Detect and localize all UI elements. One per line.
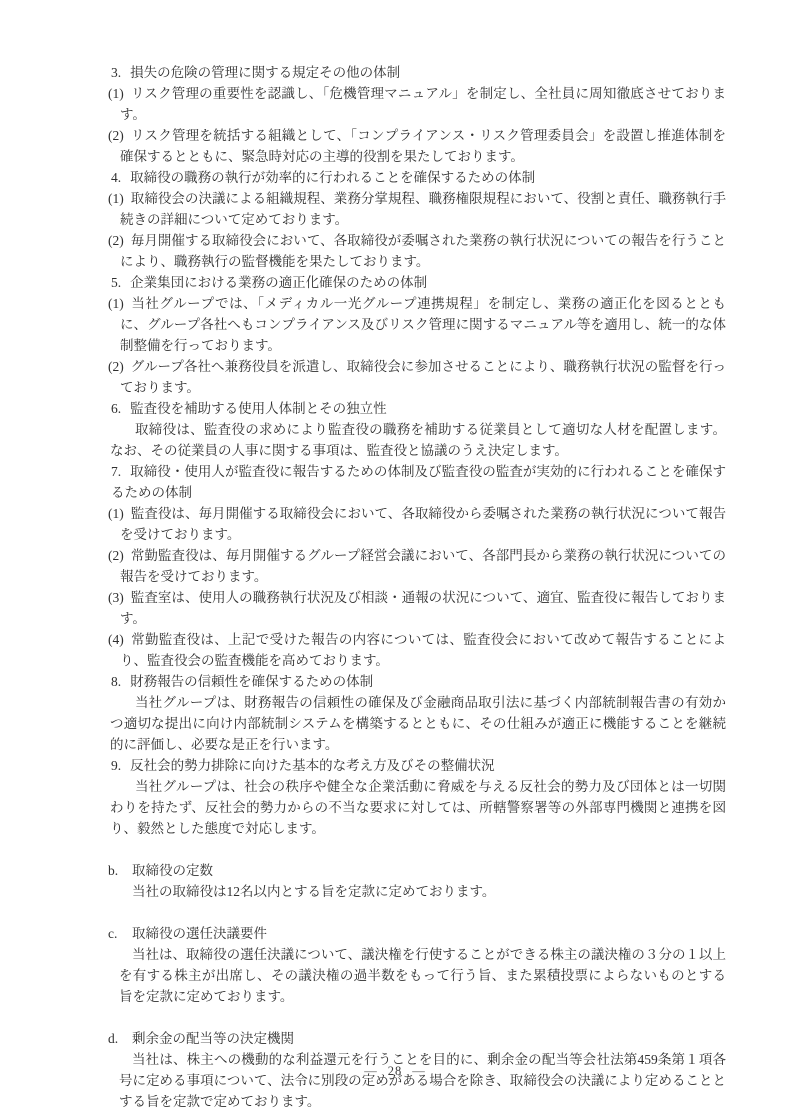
paren-item-label: (1) <box>108 506 124 521</box>
paren-item-label: (3) <box>108 590 124 605</box>
page-number: 28 <box>388 1064 403 1078</box>
paren-item: (1)リスク管理の重要性を認識し、「危機管理マニュアル」を制定し、全社員に周知徹… <box>108 83 726 125</box>
numbered-heading-title: 損失の危険の管理に関する規定その他の体制 <box>130 65 400 80</box>
paren-item-text: 常勤監査役は、毎月開催するグループ経営会議において、各部門長から業務の執行状況に… <box>120 548 726 584</box>
paren-item-label: (1) <box>108 191 124 206</box>
numbered-heading: 4.取締役の職務の執行が効率的に行われることを確保するための体制 <box>108 167 726 188</box>
footer-dash-right: — <box>412 1064 426 1078</box>
numbered-heading-title: 反社会的勢力排除に向けた基本的な考え方及びその整備状況 <box>130 758 495 773</box>
internal-control-sections: 3.損失の危険の管理に関する規定その他の体制(1)リスク管理の重要性を認識し、「… <box>108 62 726 839</box>
paren-item: (4)常勤監査役は、上記で受けた報告の内容については、監査役会において改めて報告… <box>108 629 726 671</box>
paragraph: 取締役は、監査役の求めにより監査役の職務を補助する従業員として適切な人材を配置し… <box>108 419 726 461</box>
paren-item: (2)常勤監査役は、毎月開催するグループ経営会議において、各部門長から業務の執行… <box>108 545 726 587</box>
paren-item: (1)監査役は、毎月開催する取締役会において、各取締役から委嘱された業務の執行状… <box>108 503 726 545</box>
numbered-heading-title: 財務報告の信頼性を確保するための体制 <box>130 674 373 689</box>
paren-item-text: 取締役会の決議による組織規程、業務分掌規程、職務権限規程において、役割と責任、職… <box>120 191 726 227</box>
paren-item-label: (1) <box>108 86 124 101</box>
numbered-heading-label: 6. <box>111 401 121 416</box>
letter-section: c.取締役の選任決議要件当社は、取締役の選任決議について、議決権を行使することが… <box>108 923 726 1007</box>
letter-section-heading: b.取締役の定数 <box>108 860 726 881</box>
numbered-heading: 8.財務報告の信頼性を確保するための体制 <box>108 671 726 692</box>
letter-section-label: b. <box>108 860 132 881</box>
numbered-heading-title: 取締役・使用人が監査役に報告するための体制及び監査役の監査が実効的に行われること… <box>111 464 726 500</box>
paragraph: 当社グループは、財務報告の信頼性の確保及び金融商品取引法に基づく内部統制報告書の… <box>108 692 726 755</box>
numbered-heading: 9.反社会的勢力排除に向けた基本的な考え方及びその整備状況 <box>108 755 726 776</box>
paragraph: 当社は、取締役の選任決議について、議決権を行使することができる株主の議決権の３分… <box>108 944 726 1007</box>
numbered-heading-title: 企業集団における業務の適正化確保のための体制 <box>130 275 427 290</box>
letter-section-heading: c.取締役の選任決議要件 <box>108 923 726 944</box>
numbered-heading-label: 3. <box>111 65 121 80</box>
paren-item-label: (4) <box>108 632 124 647</box>
numbered-heading-label: 5. <box>111 275 121 290</box>
paren-item-text: リスク管理の重要性を認識し、「危機管理マニュアル」を制定し、全社員に周知徹底させ… <box>120 86 726 122</box>
paren-item: (1)取締役会の決議による組織規程、業務分掌規程、職務権限規程において、役割と責… <box>108 188 726 230</box>
letter-section-heading: d.剰余金の配当等の決定機関 <box>108 1028 726 1049</box>
paren-item: (2)リスク管理を統括する組織として、「コンプライアンス・リスク管理委員会」を設… <box>108 125 726 167</box>
numbered-heading-label: 7. <box>111 464 121 479</box>
paren-item-text: 毎月開催する取締役会において、各取締役が委嘱された業務の執行状況についての報告を… <box>120 233 726 269</box>
numbered-heading: 3.損失の危険の管理に関する規定その他の体制 <box>108 62 726 83</box>
paren-item-label: (2) <box>108 128 124 143</box>
paren-item: (2)毎月開催する取締役会において、各取締役が委嘱された業務の執行状況についての… <box>108 230 726 272</box>
paren-item: (1)当社グループでは、「メディカル一光グループ連携規程」を制定し、業務の適正化… <box>108 293 726 356</box>
letter-section-title: 取締役の定数 <box>132 863 213 878</box>
paren-item: (3)監査室は、使用人の職務執行状況及び相談・通報の状況について、適宜、監査役に… <box>108 587 726 629</box>
letter-section-title: 剰余金の配当等の決定機関 <box>132 1031 294 1046</box>
paren-item: (2)グループ各社へ兼務役員を派遣し、取締役会に参加させることにより、職務執行状… <box>108 356 726 398</box>
paren-item-text: 当社グループでは、「メディカル一光グループ連携規程」を制定し、業務の適正化を図る… <box>120 296 726 353</box>
letter-section-title: 取締役の選任決議要件 <box>132 926 267 941</box>
paren-item-text: 常勤監査役は、上記で受けた報告の内容については、監査役会において改めて報告するこ… <box>120 632 726 668</box>
footer-dash-left: — <box>364 1064 378 1078</box>
letter-section-label: c. <box>108 923 132 944</box>
paragraph: 当社グループは、社会の秩序や健全な企業活動に脅威を与える反社会的勢力及び団体とは… <box>108 776 726 839</box>
paren-item-text: リスク管理を統括する組織として、「コンプライアンス・リスク管理委員会」を設置し推… <box>120 128 726 164</box>
numbered-heading: 5.企業集団における業務の適正化確保のための体制 <box>108 272 726 293</box>
document-page: 3.損失の危険の管理に関する規定その他の体制(1)リスク管理の重要性を認識し、「… <box>0 0 790 1118</box>
numbered-heading-label: 9. <box>111 758 121 773</box>
paren-item-label: (2) <box>108 359 124 374</box>
page-footer: —28— <box>0 1061 790 1082</box>
numbered-heading: 7.取締役・使用人が監査役に報告するための体制及び監査役の監査が実効的に行われる… <box>108 461 726 503</box>
letter-section-label: d. <box>108 1028 132 1049</box>
numbered-heading-title: 監査役を補助する使用人体制とその独立性 <box>130 401 387 416</box>
numbered-heading-title: 取締役の職務の執行が効率的に行われることを確保するための体制 <box>130 170 535 185</box>
letter-section: b.取締役の定数当社の取締役は12名以内とする旨を定款に定めております。 <box>108 860 726 902</box>
paren-item-label: (2) <box>108 548 124 563</box>
numbered-heading-label: 4. <box>111 170 121 185</box>
numbered-heading-label: 8. <box>111 674 121 689</box>
numbered-heading: 6.監査役を補助する使用人体制とその独立性 <box>108 398 726 419</box>
document-body: 3.損失の危険の管理に関する規定その他の体制(1)リスク管理の重要性を認識し、「… <box>108 62 726 1112</box>
paren-item-text: 監査役は、毎月開催する取締役会において、各取締役から委嘱された業務の執行状況につ… <box>120 506 726 542</box>
paren-item-label: (2) <box>108 233 124 248</box>
paren-item-text: 監査室は、使用人の職務執行状況及び相談・通報の状況について、適宜、監査役に報告し… <box>120 590 726 626</box>
paren-item-text: グループ各社へ兼務役員を派遣し、取締役会に参加させることにより、職務執行状況の監… <box>120 359 726 395</box>
paren-item-label: (1) <box>108 296 124 311</box>
paragraph: 当社の取締役は12名以内とする旨を定款に定めております。 <box>108 881 726 902</box>
